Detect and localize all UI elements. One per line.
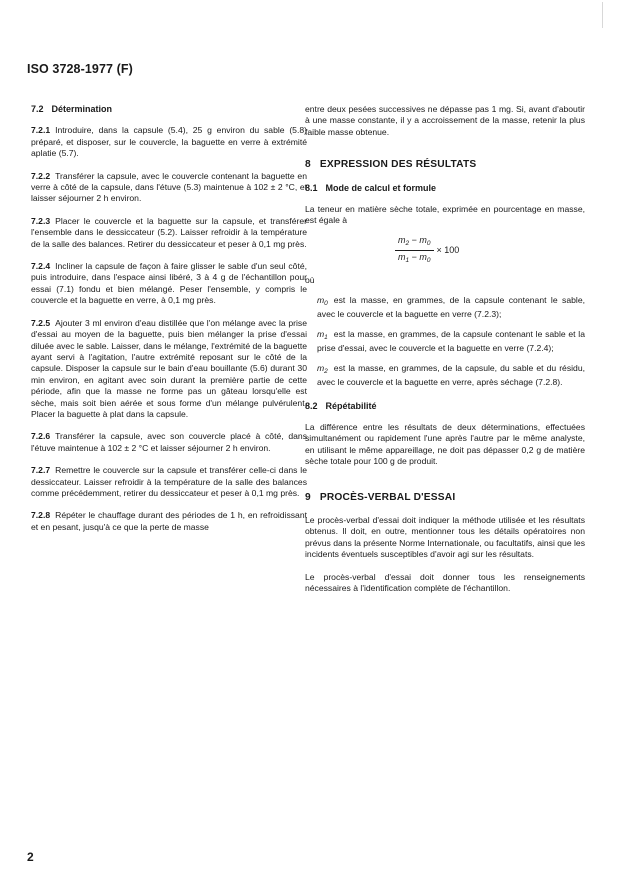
repeatability-text: La différence entre les résultats de deu…: [305, 422, 585, 468]
report-paragraph-1: Le procès-verbal d'essai doit indiquer l…: [305, 515, 585, 561]
section-title: PROCÈS-VERBAL D'ESSAI: [320, 492, 456, 503]
definition-m0: m0est la masse, en grammes, de la capsul…: [317, 295, 585, 321]
formula-multiplier: × 100: [437, 245, 460, 256]
symbol: m0: [317, 295, 328, 305]
clause-number: 7.2.4: [31, 261, 50, 271]
section-title: Détermination: [52, 104, 113, 114]
clause-number: 7.2.2: [31, 171, 50, 181]
clause-number: 7.2.8: [31, 510, 50, 520]
left-column: 7.2Détermination 7.2.1Introduire, dans l…: [31, 104, 307, 544]
clause-7-2-1: 7.2.1Introduire, dans la capsule (5.4), …: [31, 125, 307, 159]
section-heading-8: 8EXPRESSION DES RÉSULTATS: [305, 159, 585, 170]
clause-text: Incliner la capsule de façon à faire gli…: [31, 261, 307, 305]
section-number: 8.2: [305, 401, 318, 411]
clause-number: 7.2.3: [31, 216, 50, 226]
definition-text: est la masse, en grammes, de la capsule …: [317, 295, 585, 319]
clause-text: Ajouter 3 ml environ d'eau distillée que…: [31, 318, 307, 419]
fraction-bar: [395, 250, 434, 251]
section-heading-8-2: 8.2Répétabilité: [305, 401, 585, 412]
definition-m2: m2est la masse, en grammes, de la capsul…: [317, 363, 585, 389]
section-heading-8-1: 8.1Mode de calcul et formule: [305, 183, 585, 194]
symbol: m2: [317, 363, 328, 373]
formula-numerator: m2 − m0: [395, 235, 434, 249]
clause-text: Transférer la capsule, avec son couvercl…: [31, 431, 307, 452]
clause-7-2-2: 7.2.2Transférer la capsule, avec le couv…: [31, 171, 307, 205]
section-title: Mode de calcul et formule: [326, 183, 437, 193]
clause-text: Placer le couvercle et la baguette sur l…: [31, 216, 307, 249]
report-paragraph-2: Le procès-verbal d'essai doit donner tou…: [305, 572, 585, 595]
clause-7-2-5: 7.2.5Ajouter 3 ml environ d'eau distillé…: [31, 318, 307, 421]
definition-text: est la masse, en grammes, de la capsule …: [317, 329, 585, 353]
clause-7-2-7: 7.2.7Remettre le couvercle sur la capsul…: [31, 465, 307, 499]
clause-text: Répéter le chauffage durant des périodes…: [31, 510, 307, 531]
formula: m2 − m0 m1 − m0 × 100: [395, 235, 585, 267]
section-heading-7-2: 7.2Détermination: [31, 104, 307, 115]
section-heading-9: 9PROCÈS-VERBAL D'ESSAI: [305, 492, 585, 503]
section-number: 8: [305, 159, 311, 170]
formula-denominator: m1 − m0: [395, 252, 434, 266]
page-number: 2: [27, 850, 34, 864]
margin-mark: [602, 2, 603, 28]
clause-text: Remettre le couvercle sur la capsule et …: [31, 465, 307, 498]
clause-number: 7.2.5: [31, 318, 50, 328]
clause-number: 7.2.6: [31, 431, 50, 441]
clause-number: 7.2.1: [31, 125, 50, 135]
section-number: 7.2: [31, 104, 44, 114]
formula-fraction: m2 − m0 m1 − m0: [395, 235, 434, 267]
definition-text: est la masse, en grammes, de la capsule,…: [317, 363, 585, 387]
document-identifier: ISO 3728-1977 (F): [27, 62, 133, 76]
section-title: EXPRESSION DES RÉSULTATS: [320, 159, 477, 170]
right-column: entre deux pesées successives ne dépasse…: [305, 104, 585, 605]
where-label: où: [305, 275, 585, 286]
section-number: 8.1: [305, 183, 318, 193]
definition-m1: m1est la masse, en grammes, de la capsul…: [317, 329, 585, 355]
clause-7-2-4: 7.2.4Incliner la capsule de façon à fair…: [31, 261, 307, 307]
section-number: 9: [305, 492, 311, 503]
formula-intro: La teneur en matière sèche totale, expri…: [305, 204, 585, 227]
clause-number: 7.2.7: [31, 465, 50, 475]
clause-7-2-8: 7.2.8Répéter le chauffage durant des pér…: [31, 510, 307, 533]
clause-text: Introduire, dans la capsule (5.4), 25 g …: [31, 125, 307, 158]
symbol: m1: [317, 329, 328, 339]
continuation-text: entre deux pesées successives ne dépasse…: [305, 104, 585, 138]
clause-7-2-6: 7.2.6Transférer la capsule, avec son cou…: [31, 431, 307, 454]
section-title: Répétabilité: [326, 401, 377, 411]
clause-7-2-3: 7.2.3Placer le couvercle et la baguette …: [31, 216, 307, 250]
clause-text: Transférer la capsule, avec le couvercle…: [31, 171, 307, 204]
